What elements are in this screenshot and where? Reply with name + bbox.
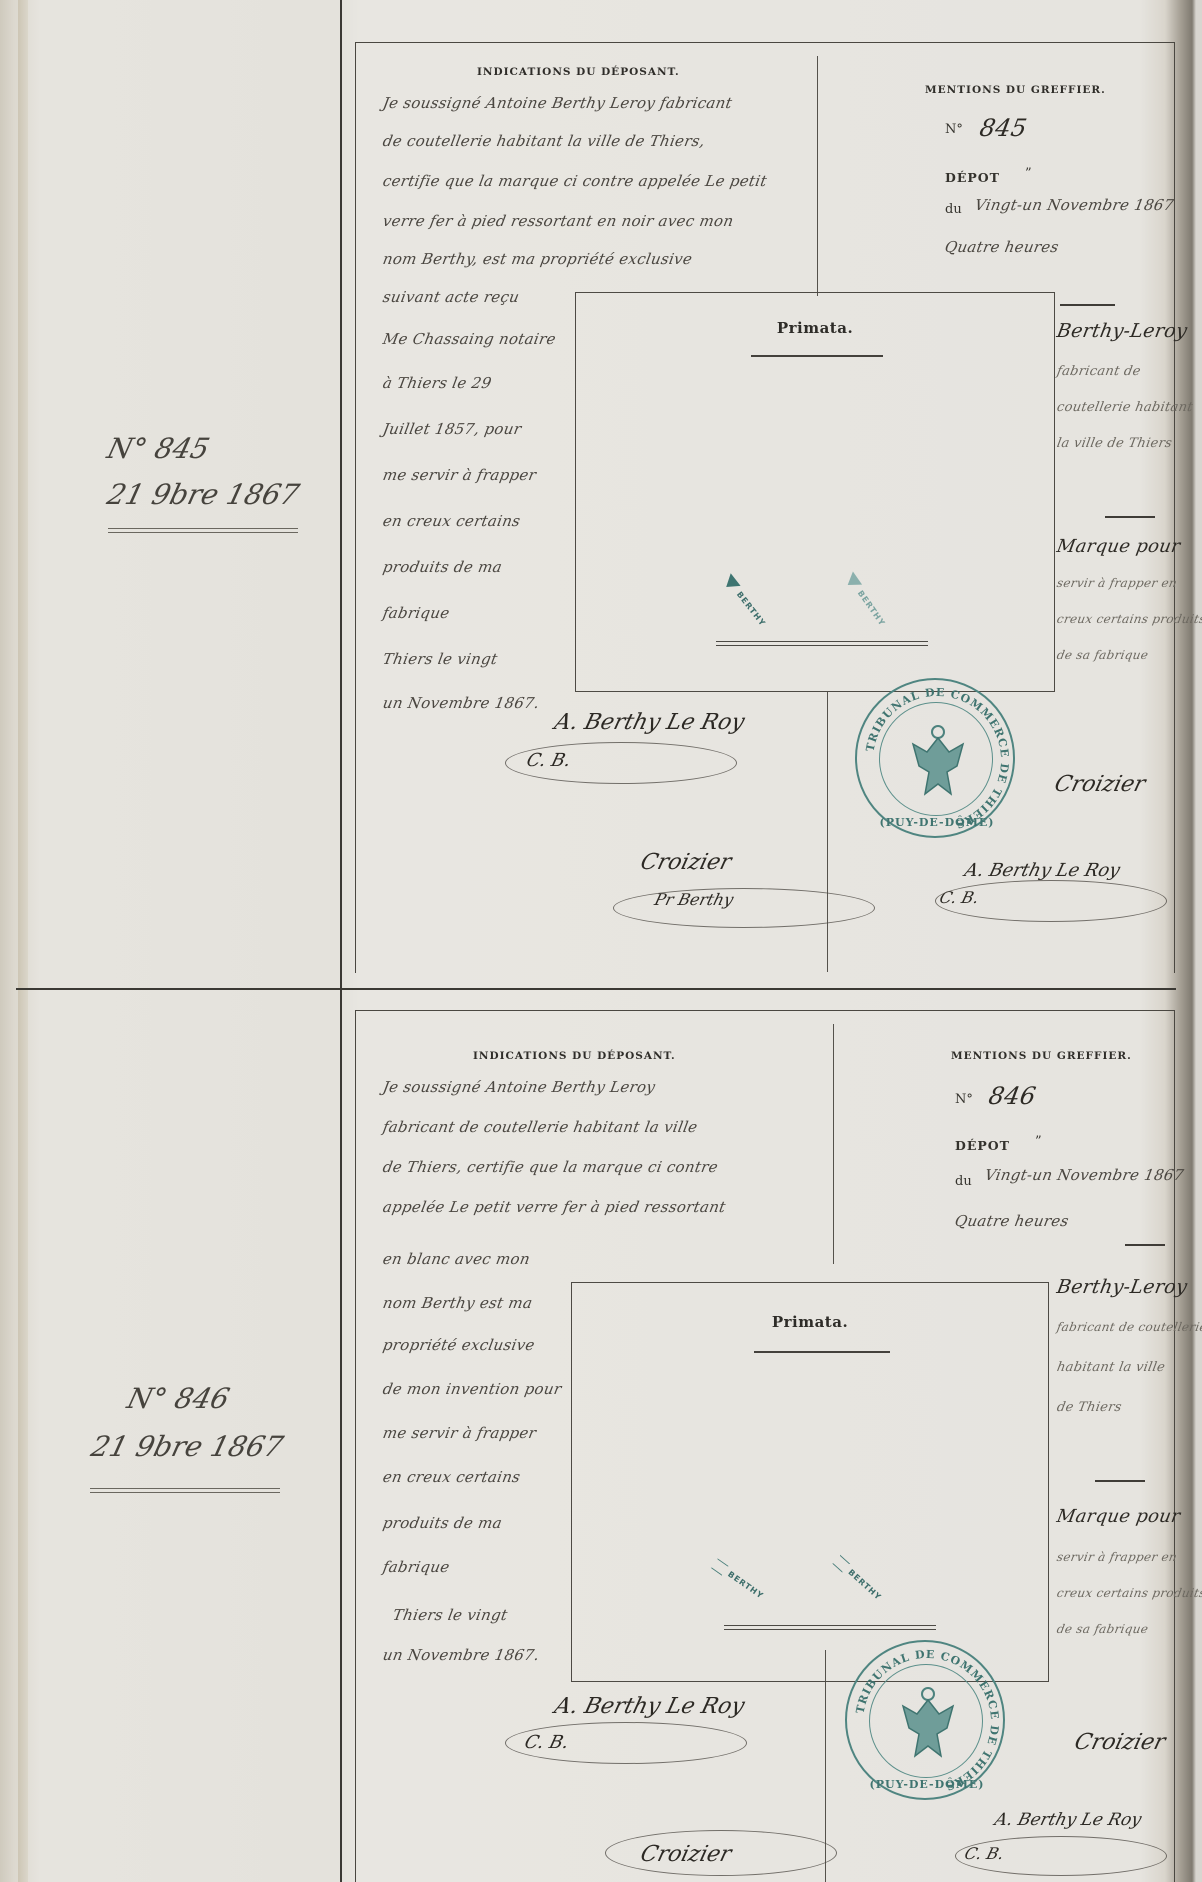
- declaration-line: produits de ma: [381, 558, 503, 576]
- depositor-line: habitant la ville: [1056, 1360, 1167, 1375]
- declaration-line: produits de ma: [381, 1514, 503, 1532]
- specimen-base-rule: [724, 1625, 936, 1630]
- section-rule: [1125, 1244, 1165, 1246]
- clerk-header: Mentions du greffier.: [925, 84, 1106, 96]
- depot-ditto: ”: [1025, 166, 1032, 181]
- declaration-line: Je soussigné Antoine Berthy Leroy fabric…: [381, 94, 733, 112]
- right-depositor-signature: A. Berthy Le Roy: [962, 860, 1122, 881]
- declaration-line: fabricant de coutellerie habitant la vil…: [381, 1118, 699, 1136]
- register-page: N° 845 21 9bre 1867 N° 846 21 9bre 1867 …: [0, 0, 1202, 1882]
- mark-line: servir à frapper en: [1056, 1550, 1178, 1564]
- declaration-line: propriété exclusive: [381, 1336, 536, 1354]
- du-label: du: [955, 1174, 972, 1189]
- depositor-header: Indications du déposant.: [477, 66, 680, 78]
- depositor-signature: A. Berthy Le Roy: [552, 710, 747, 735]
- section-rule: [1060, 304, 1115, 306]
- declaration-line: verre fer à pied ressortant en noir avec…: [381, 212, 735, 230]
- mark-line: de sa fabrique: [1056, 648, 1150, 662]
- declaration-line: Thiers le vingt: [391, 1606, 509, 1624]
- declaration-line: à Thiers le 29: [381, 374, 493, 392]
- section-rule: [1095, 1480, 1145, 1482]
- margin-divider-line: [340, 0, 342, 1882]
- declaration-line: en creux certains: [381, 1468, 522, 1486]
- declaration-line: suivant acte reçu: [381, 288, 520, 306]
- imperial-eagle-icon: [897, 1684, 959, 1764]
- clerk-header: Mentions du greffier.: [951, 1050, 1132, 1062]
- record-separator-line: [16, 988, 1176, 990]
- wine-glass-icon: [843, 572, 862, 592]
- declaration-line: Juillet 1857, pour: [381, 420, 522, 438]
- svg-text:(PUY-DE-DÔME): (PUY-DE-DÔME): [870, 1777, 985, 1791]
- declaration-line: appelée Le petit verre fer à pied ressor…: [381, 1198, 727, 1216]
- specimen-title: Primata.: [572, 1313, 1048, 1331]
- du-label: du: [945, 202, 962, 217]
- declaration-line: un Novembre 1867.: [381, 694, 540, 712]
- signature-flourish: [505, 742, 737, 784]
- mark-line: servir à frapper en: [1056, 576, 1178, 590]
- deposit-record: Indications du déposant. Mentions du gre…: [355, 42, 1175, 972]
- depositor-line: fabricant de: [1056, 364, 1142, 379]
- depositor-name: Berthy-Leroy: [1055, 1276, 1189, 1298]
- wine-glass-icon: [721, 573, 740, 593]
- right-depositor-signature: A. Berthy Le Roy: [993, 1810, 1144, 1830]
- depositor-line: coutellerie habitant: [1056, 400, 1194, 415]
- depositor-signature: A. Berthy Le Roy: [552, 1694, 747, 1719]
- declaration-line: me servir à frapper: [381, 1424, 537, 1442]
- clerk-signature: Croizier: [638, 850, 734, 875]
- depositor-name: Berthy-Leroy: [1055, 320, 1189, 342]
- margin-note-rule: [90, 1488, 280, 1493]
- number-label: N°: [945, 122, 963, 137]
- right-clerk-signature: Croizier: [1052, 772, 1148, 797]
- declaration-line: nom Berthy est ma: [381, 1294, 534, 1312]
- declaration-line: Me Chassaing notaire: [381, 330, 557, 348]
- tribunal-seal: TRIBUNAL DE COMMERCE DE THIERS (PUY-DE-D…: [855, 678, 1015, 838]
- specimen-base-rule: [716, 641, 928, 646]
- deposit-time: Quatre heures: [953, 1212, 1070, 1230]
- specimen-title-rule: [754, 1351, 890, 1353]
- declaration-line: Je soussigné Antoine Berthy Leroy: [381, 1078, 656, 1096]
- declaration-line: de coutellerie habitant la ville de Thie…: [381, 132, 706, 150]
- seal-text: TRIBUNAL DE COMMERCE DE THIERS (PUY-DE-D…: [847, 1642, 1007, 1802]
- right-clerk-signature: Croizier: [1072, 1730, 1168, 1755]
- trademark-impression: BERTHY: [832, 1555, 884, 1604]
- column-divider: [827, 692, 828, 972]
- trademark-impression: BERTHY: [721, 573, 768, 629]
- deposit-date: Vingt-un Novembre 1867: [983, 1166, 1185, 1184]
- deposit-time: Quatre heures: [943, 238, 1060, 256]
- declaration-line: de mon invention pour: [381, 1380, 563, 1398]
- depositor-line: la ville de Thiers: [1056, 436, 1174, 451]
- wine-glass-icon: [711, 1558, 729, 1576]
- margin-note-date: 21 9bre 1867: [104, 478, 303, 511]
- mark-heading: Marque pour: [1055, 536, 1182, 557]
- depot-ditto: ”: [1035, 1134, 1042, 1149]
- declaration-line: nom Berthy, est ma propriété exclusive: [381, 250, 693, 268]
- declaration-line: fabrique: [381, 1558, 451, 1576]
- trademark-impression: BERTHY: [843, 572, 888, 629]
- specimen-box: Primata. BERTHY BERTHY: [575, 292, 1055, 692]
- mark-line: creux certains produits: [1056, 612, 1202, 626]
- tribunal-seal: TRIBUNAL DE COMMERCE DE THIERS (PUY-DE-D…: [845, 1640, 1005, 1800]
- seal-text: TRIBUNAL DE COMMERCE DE THIERS (PUY-DE-D…: [857, 680, 1017, 840]
- mark-line: de sa fabrique: [1056, 1622, 1150, 1636]
- trademark-impression: BERTHY: [711, 1558, 766, 1602]
- svg-text:TRIBUNAL DE COMMERCE DE THIERS: TRIBUNAL DE COMMERCE DE THIERS: [864, 686, 1012, 831]
- specimen-title: Primata.: [576, 319, 1054, 337]
- declaration-line: de Thiers, certifie que la marque ci con…: [381, 1158, 719, 1176]
- deposit-date: Vingt-un Novembre 1867: [973, 196, 1175, 214]
- depositor-line: de Thiers: [1056, 1400, 1123, 1415]
- specimen-title-rule: [751, 355, 883, 357]
- deposit-record: Indications du déposant. Mentions du gre…: [355, 1010, 1175, 1880]
- declaration-line: fabrique: [381, 604, 451, 622]
- book-spine: [18, 0, 28, 1882]
- signature-flourish: [613, 888, 875, 928]
- mark-heading: Marque pour: [1055, 1506, 1182, 1527]
- signature-flourish: [935, 880, 1167, 922]
- number-label: N°: [955, 1092, 973, 1107]
- declaration-line: me servir à frapper: [381, 466, 537, 484]
- margin-note-number: N° 845: [104, 432, 213, 465]
- depot-label: DÉPOT: [955, 1138, 1010, 1153]
- deposit-number: 845: [978, 114, 1030, 142]
- column-divider: [817, 56, 818, 296]
- declaration-line: Thiers le vingt: [381, 650, 499, 668]
- signature-flourish: [605, 1830, 837, 1876]
- margin-note-rule: [108, 528, 298, 533]
- signature-flourish: [505, 1722, 747, 1764]
- declaration-line: en blanc avec mon: [381, 1250, 531, 1268]
- margin-note-number: N° 846: [124, 1382, 233, 1415]
- section-rule: [1105, 516, 1155, 518]
- deposit-number: 846: [987, 1082, 1039, 1110]
- margin-note-date: 21 9bre 1867: [88, 1430, 287, 1463]
- mark-line: creux certains produits: [1056, 1586, 1202, 1600]
- wine-glass-icon: [832, 1555, 850, 1573]
- svg-text:TRIBUNAL DE COMMERCE DE THIERS: TRIBUNAL DE COMMERCE DE THIERS: [854, 1648, 1002, 1793]
- svg-text:(PUY-DE-DÔME): (PUY-DE-DÔME): [880, 815, 995, 829]
- depositor-line: fabricant de coutellerie: [1056, 1320, 1202, 1334]
- column-divider: [833, 1024, 834, 1264]
- declaration-line: en creux certains: [381, 512, 522, 530]
- signature-flourish: [955, 1836, 1167, 1876]
- depot-label: DÉPOT: [945, 170, 1000, 185]
- depositor-header: Indications du déposant.: [473, 1050, 676, 1062]
- declaration-line: un Novembre 1867.: [381, 1646, 540, 1664]
- imperial-eagle-icon: [907, 722, 969, 802]
- specimen-box: Primata. BERTHY BERTHY: [571, 1282, 1049, 1682]
- declaration-line: certifie que la marque ci contre appelée…: [381, 172, 768, 190]
